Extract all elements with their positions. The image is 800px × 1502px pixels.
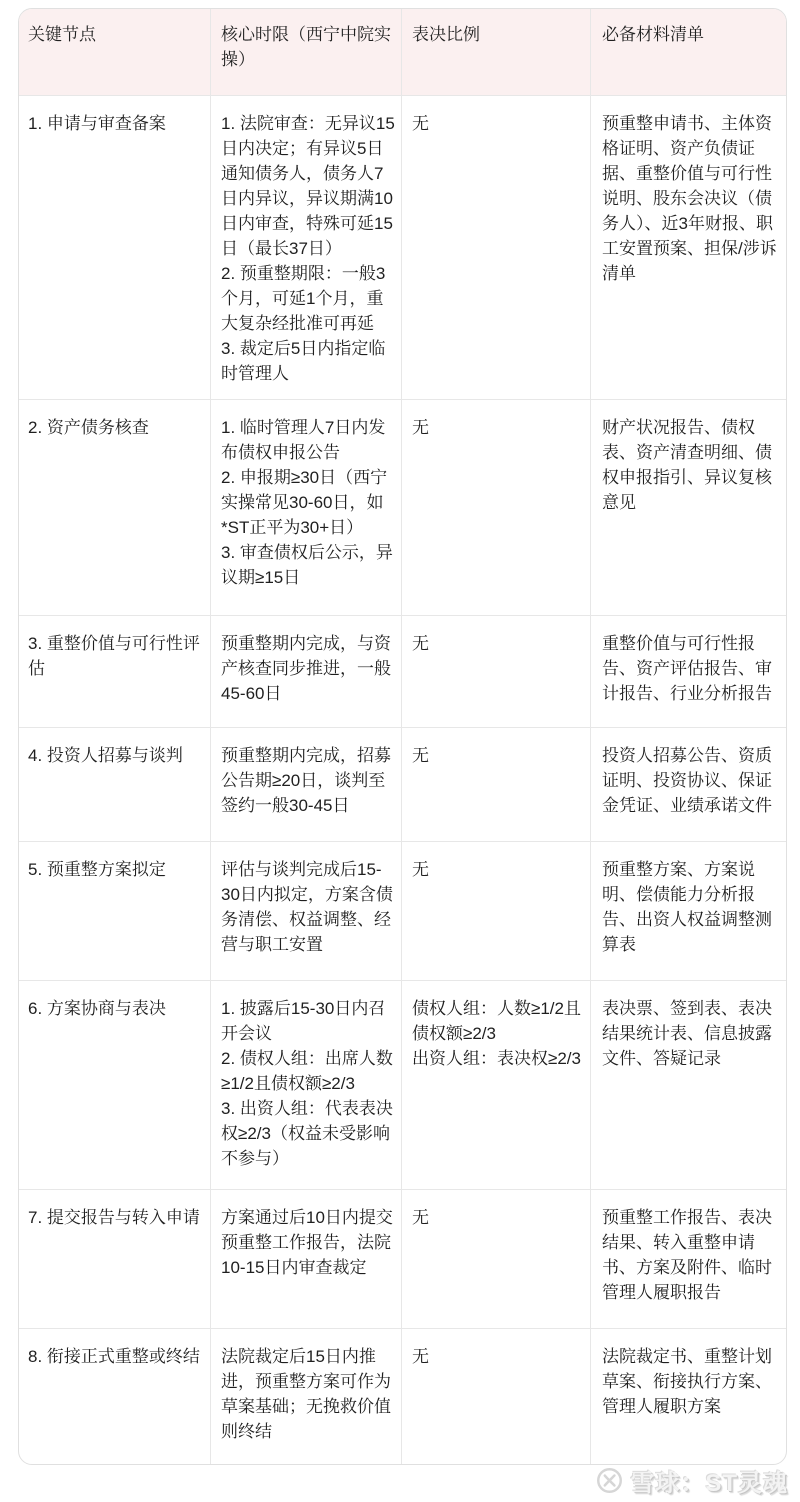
watermark-text: 雪球：ST灵魂 (630, 1463, 788, 1498)
table-row: 6. 方案协商与表决 1. 披露后15-30日内召开会议 2. 债权人组：出席人… (19, 980, 786, 1189)
cell-key-node: 3. 重整价值与可行性评估 (19, 616, 211, 727)
cell-key-node: 5. 预重整方案拟定 (19, 842, 211, 980)
table-row: 3. 重整价值与可行性评估 预重整期内完成，与资产核查同步推进，一般45-60日… (19, 615, 786, 727)
cell-materials: 法院裁定书、重整计划草案、衔接执行方案、管理人履职方案 (591, 1329, 786, 1464)
page: 关键节点 核心时限（西宁中院实操） 表决比例 必备材料清单 1. 申请与审查备案… (0, 0, 800, 1502)
cell-materials: 预重整工作报告、表决结果、转入重整申请书、方案及附件、临时管理人履职报告 (591, 1190, 786, 1328)
cell-deadline: 法院裁定后15日内推进，预重整方案可作为草案基础；无挽救价值则终结 (211, 1329, 402, 1464)
cell-deadline: 方案通过后10日内提交预重整工作报告，法院10-15日内审查裁定 (211, 1190, 402, 1328)
header-cell-core-deadline: 核心时限（西宁中院实操） (211, 9, 402, 95)
table-row: 5. 预重整方案拟定 评估与谈判完成后15-30日内拟定，方案含债务清偿、权益调… (19, 841, 786, 980)
xueqiu-logo-icon (596, 1467, 623, 1494)
cell-key-node: 6. 方案协商与表决 (19, 981, 211, 1189)
cell-deadline: 预重整期内完成，与资产核查同步推进，一般45-60日 (211, 616, 402, 727)
cell-vote-ratio: 债权人组：人数≥1/2且债权额≥2/3 出资人组：表决权≥2/3 (402, 981, 591, 1189)
cell-materials: 财产状况报告、债权表、资产清查明细、债权申报指引、异议复核意见 (591, 400, 786, 615)
header-cell-key-node: 关键节点 (19, 9, 211, 95)
pre-reorg-process-table: 关键节点 核心时限（西宁中院实操） 表决比例 必备材料清单 1. 申请与审查备案… (18, 8, 787, 1465)
table-row: 8. 衔接正式重整或终结 法院裁定后15日内推进，预重整方案可作为草案基础；无挽… (19, 1328, 786, 1464)
cell-materials: 预重整方案、方案说明、偿债能力分析报告、出资人权益调整测算表 (591, 842, 786, 980)
cell-vote-ratio: 无 (402, 400, 591, 615)
cell-vote-ratio: 无 (402, 842, 591, 980)
cell-materials: 重整价值与可行性报告、资产评估报告、审计报告、行业分析报告 (591, 616, 786, 727)
cell-key-node: 2. 资产债务核查 (19, 400, 211, 615)
cell-key-node: 4. 投资人招募与谈判 (19, 728, 211, 841)
table-header-row: 关键节点 核心时限（西宁中院实操） 表决比例 必备材料清单 (19, 9, 786, 95)
cell-materials: 预重整申请书、主体资格证明、资产负债证据、重整价值与可行性说明、股东会决议（债务… (591, 96, 786, 399)
table-row: 7. 提交报告与转入申请 方案通过后10日内提交预重整工作报告，法院10-15日… (19, 1189, 786, 1328)
cell-key-node: 7. 提交报告与转入申请 (19, 1190, 211, 1328)
cell-vote-ratio: 无 (402, 728, 591, 841)
cell-deadline: 评估与谈判完成后15-30日内拟定，方案含债务清偿、权益调整、经营与职工安置 (211, 842, 402, 980)
cell-deadline: 1. 披露后15-30日内召开会议 2. 债权人组：出席人数≥1/2且债权额≥2… (211, 981, 402, 1189)
header-cell-vote-ratio: 表决比例 (402, 9, 591, 95)
cell-vote-ratio: 无 (402, 96, 591, 399)
table-row: 4. 投资人招募与谈判 预重整期内完成，招募公告期≥20日，谈判至签约一般30-… (19, 727, 786, 841)
table-row: 1. 申请与审查备案 1. 法院审查：无异议15日内决定；有异议5日通知债务人，… (19, 95, 786, 399)
header-cell-materials: 必备材料清单 (591, 9, 786, 95)
cell-vote-ratio: 无 (402, 1329, 591, 1464)
cell-deadline: 1. 法院审查：无异议15日内决定；有异议5日通知债务人，债务人7日内异议，异议… (211, 96, 402, 399)
cell-deadline: 预重整期内完成，招募公告期≥20日，谈判至签约一般30-45日 (211, 728, 402, 841)
cell-key-node: 1. 申请与审查备案 (19, 96, 211, 399)
cell-deadline: 1. 临时管理人7日内发布债权申报公告 2. 申报期≥30日（西宁实操常见30-… (211, 400, 402, 615)
cell-vote-ratio: 无 (402, 616, 591, 727)
table-row: 2. 资产债务核查 1. 临时管理人7日内发布债权申报公告 2. 申报期≥30日… (19, 399, 786, 615)
cell-materials: 投资人招募公告、资质证明、投资协议、保证金凭证、业绩承诺文件 (591, 728, 786, 841)
cell-key-node: 8. 衔接正式重整或终结 (19, 1329, 211, 1464)
xueqiu-watermark: 雪球：ST灵魂 (596, 1463, 788, 1498)
cell-vote-ratio: 无 (402, 1190, 591, 1328)
cell-materials: 表决票、签到表、表决结果统计表、信息披露文件、答疑记录 (591, 981, 786, 1189)
